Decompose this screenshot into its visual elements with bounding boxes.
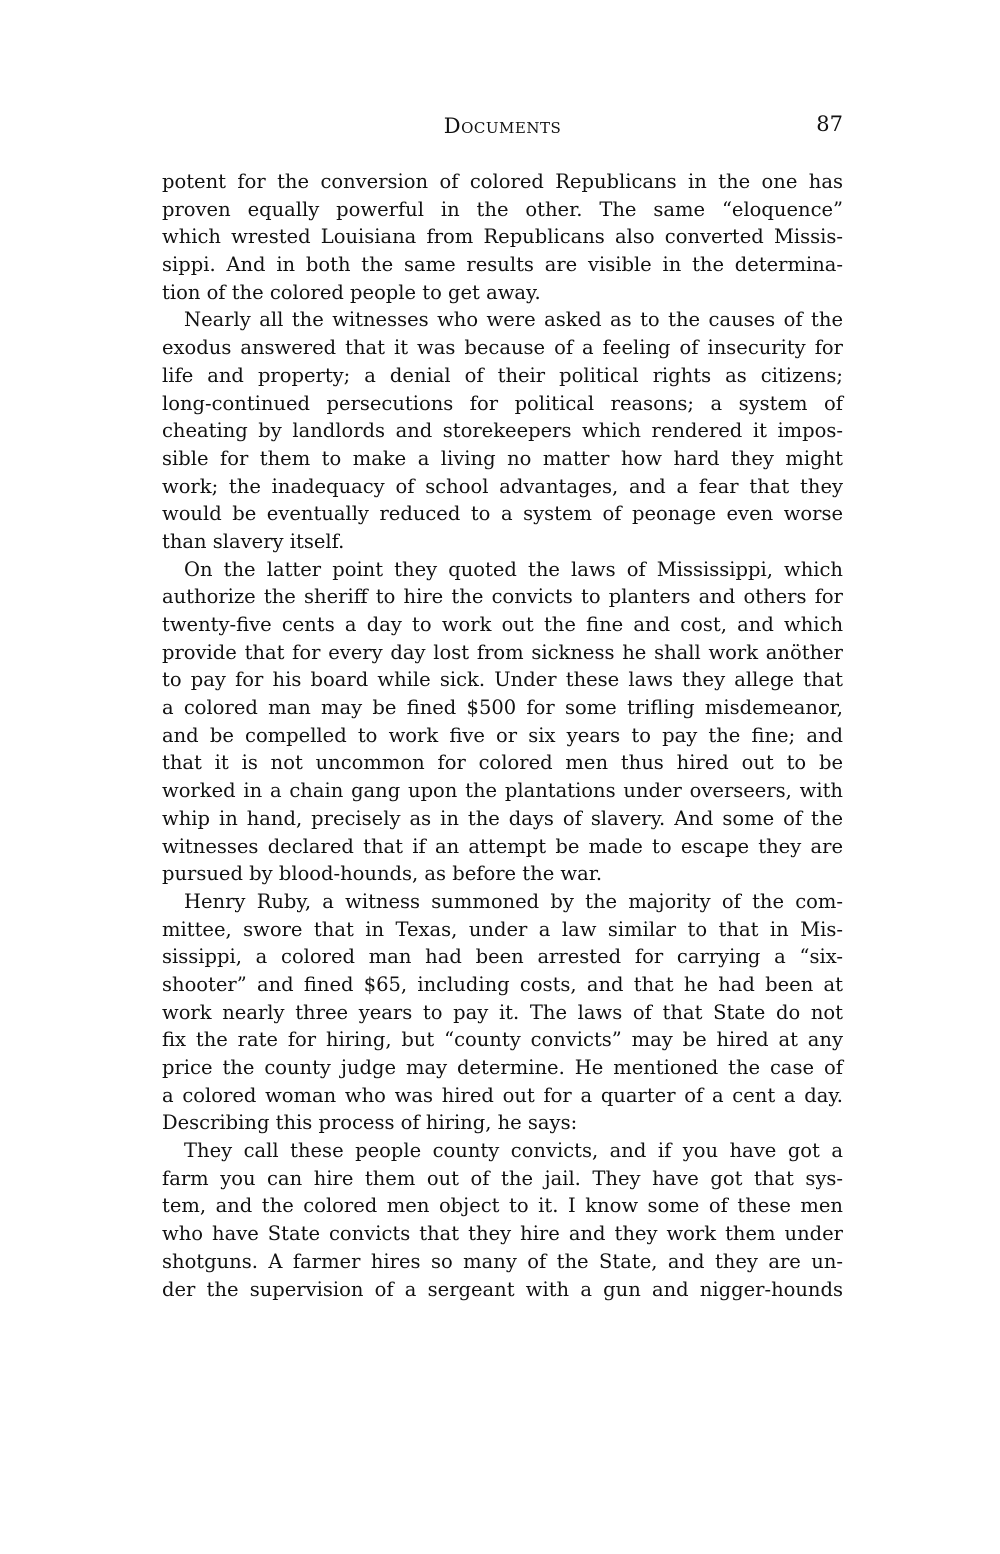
text-line: tem, and the colored men object to it. I…	[162, 1192, 843, 1220]
text-line: shotguns. A farmer hires so many of the …	[162, 1248, 843, 1276]
text-line: a colored man may be fined $500 for some…	[162, 694, 843, 722]
text-line: They call these people county convicts, …	[162, 1137, 843, 1165]
text-line: who have State convicts that they hire a…	[162, 1220, 843, 1248]
running-head: Documents 87	[162, 110, 843, 150]
page-body: potent for the conversion of colored Rep…	[162, 168, 843, 1303]
text-line: would be eventually reduced to a system …	[162, 500, 843, 528]
text-line: than slavery itself.	[162, 528, 843, 556]
paragraph: Nearly all the witnesses who were asked …	[162, 306, 843, 555]
text-line: mittee, swore that in Texas, under a law…	[162, 916, 843, 944]
text-line: work; the inadequacy of school advantage…	[162, 473, 843, 501]
text-line: authorize the sheriff to hire the convic…	[162, 583, 843, 611]
text-line: provide that for every day lost from sic…	[162, 639, 843, 667]
text-line: witnesses declared that if an attempt be…	[162, 833, 843, 861]
text-line: Henry Ruby, a witness summoned by the ma…	[162, 888, 843, 916]
paragraph: potent for the conversion of colored Rep…	[162, 168, 843, 306]
text-line: and be compelled to work five or six yea…	[162, 722, 843, 750]
text-line: potent for the conversion of colored Rep…	[162, 168, 843, 196]
text-line: proven equally powerful in the other. Th…	[162, 196, 843, 224]
text-line: which wrested Louisiana from Republicans…	[162, 223, 843, 251]
text-line: cheating by landlords and storekeepers w…	[162, 417, 843, 445]
text-line: der the supervision of a sergeant with a…	[162, 1276, 843, 1304]
quoted-testimony: They call these people county convicts, …	[162, 1137, 843, 1303]
page-number: 87	[816, 112, 843, 136]
text-line: whip in hand, precisely as in the days o…	[162, 805, 843, 833]
text-line: life and property; a denial of their pol…	[162, 362, 843, 390]
text-line: long-continued persecutions for politica…	[162, 390, 843, 418]
text-line: a colored woman who was hired out for a …	[162, 1082, 843, 1110]
text-line: On the latter point they quoted the laws…	[162, 556, 843, 584]
text-line: Describing this process of hiring, he sa…	[162, 1109, 843, 1137]
text-line: to pay for his board while sick. Under t…	[162, 666, 843, 694]
text-line: that it is not uncommon for colored men …	[162, 749, 843, 777]
book-page: Documents 87 potent for the conversion o…	[162, 110, 843, 150]
text-line: sible for them to make a living no matte…	[162, 445, 843, 473]
text-line: sippi. And in both the same results are …	[162, 251, 843, 279]
text-line: exodus answered that it was because of a…	[162, 334, 843, 362]
text-line: tion of the colored people to get away.	[162, 279, 843, 307]
paragraph: On the latter point they quoted the laws…	[162, 556, 843, 888]
text-line: twenty-five cents a day to work out the …	[162, 611, 843, 639]
text-line: fix the rate for hiring, but “county con…	[162, 1026, 843, 1054]
paragraph: Henry Ruby, a witness summoned by the ma…	[162, 888, 843, 1137]
text-line: shooter” and fined $65, including costs,…	[162, 971, 843, 999]
running-title: Documents	[162, 114, 843, 138]
text-line: farm you can hire them out of the jail. …	[162, 1165, 843, 1193]
text-line: price the county judge may determine. He…	[162, 1054, 843, 1082]
text-line: Nearly all the witnesses who were asked …	[162, 306, 843, 334]
text-line: sissippi, a colored man had been arreste…	[162, 943, 843, 971]
text-line: work nearly three years to pay it. The l…	[162, 999, 843, 1027]
text-line: pursued by blood-hounds, as before the w…	[162, 860, 843, 888]
text-line: worked in a chain gang upon the plantati…	[162, 777, 843, 805]
